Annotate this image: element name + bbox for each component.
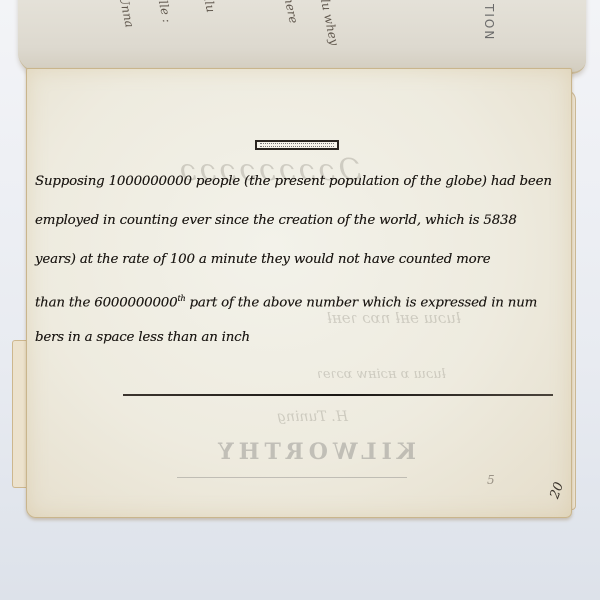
copy-line-5: bers in a space less than an inch	[35, 327, 570, 366]
label-box: ····························	[255, 140, 339, 150]
corner-mark: 5	[487, 473, 495, 487]
copy-line-4: than the 6000000000th part of the above …	[35, 288, 570, 327]
copy-line-4-start: than the 6000000000	[35, 295, 177, 310]
back-page-fragment: elle :	[154, 0, 174, 24]
back-page: Unna elle : ulu there ulu whey TION	[18, 0, 586, 74]
photo-scene: Unna elle : ulu there ulu whey TION ····…	[0, 0, 600, 600]
back-page-fragment: there	[280, 0, 300, 25]
bleed-through-caps: KILWORTHY	[213, 439, 416, 465]
back-page-printed-caps: TION	[482, 4, 496, 41]
page-number: 20	[547, 480, 567, 501]
copybook-page: ···························· Ɔɔɔɔɔɔɔɔɔ ƚ…	[26, 68, 572, 518]
copperplate-text: Supposing 1000000000 people (the present…	[35, 171, 570, 366]
back-page-fragment: Unna	[116, 0, 136, 29]
copy-line-4-end: part of the above number which is expres…	[185, 295, 537, 310]
ink-rule-line	[123, 394, 553, 396]
bleed-through-line: ƚuɔɯ ɒ ʜɔiʜw ɒɔɿɘɿ	[317, 367, 446, 382]
copy-line-3: years) at the rate of 100 a minute they …	[35, 249, 570, 288]
back-page-fragment: ulu	[200, 0, 218, 14]
bleed-through-rule	[177, 477, 407, 478]
label-box-text: ····························	[260, 143, 334, 147]
bleed-through-signature: H. Tuning	[277, 409, 348, 425]
copy-line-2: employed in counting ever since the crea…	[35, 210, 570, 249]
back-page-fragment: ulu whey	[316, 0, 341, 47]
copy-line-1: Supposing 1000000000 people (the present…	[35, 171, 570, 210]
